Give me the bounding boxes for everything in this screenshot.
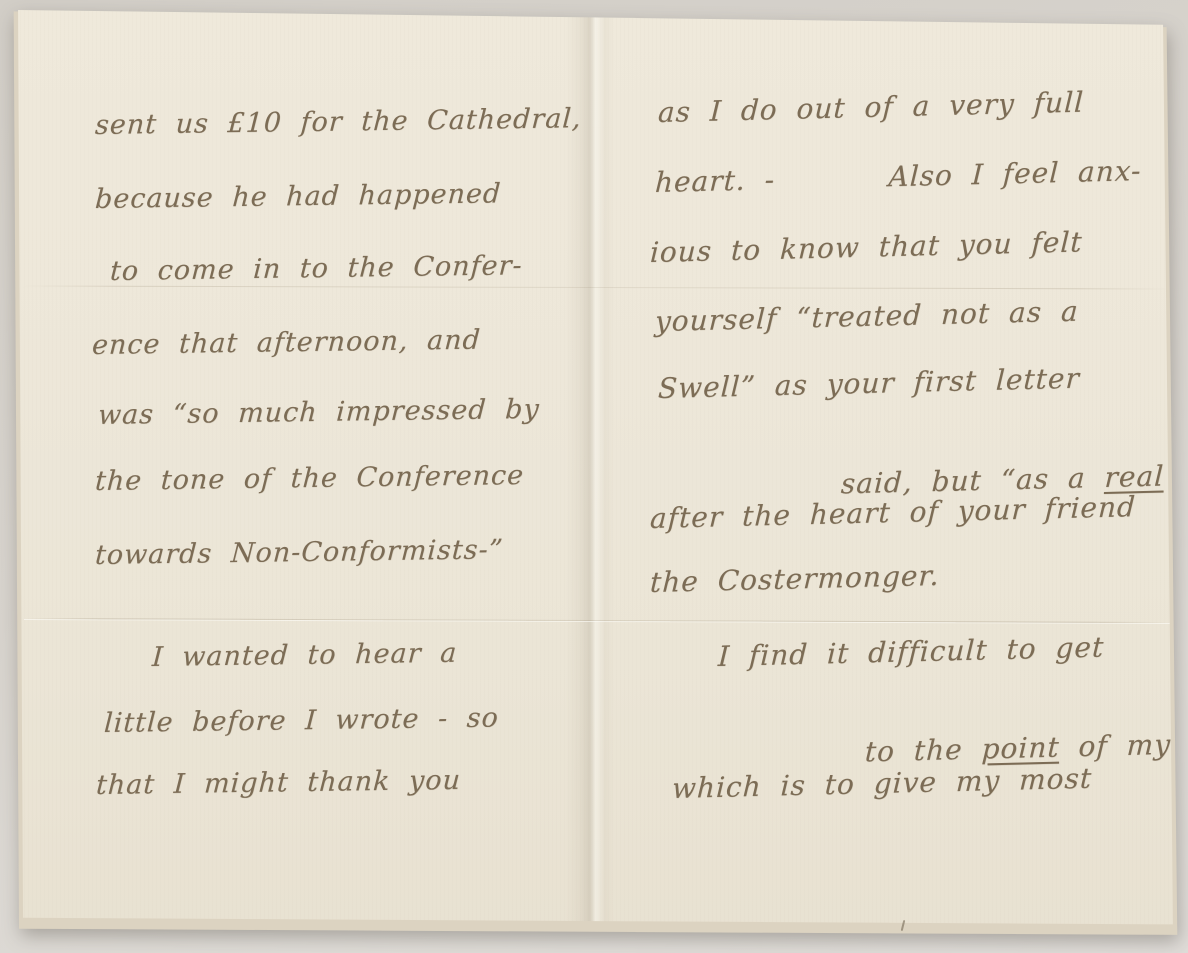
handwriting-line: I find it difficult to get [717,631,1105,674]
handwriting-line: ence that afternoon, and [91,325,482,363]
handwriting-line: yourself “treated not as a [654,295,1079,339]
handwriting-line: the Costermonger. [649,559,940,600]
handwriting-line: ious to know that you felt [649,225,1083,269]
handwriting-line: that I might thank you [95,765,462,803]
handwriting-line: the tone of the Conference [94,460,525,498]
handwriting-line: as I do out of a very full [657,86,1085,130]
handwriting-line: heart. - Also I feel anx- [654,154,1142,200]
handwriting-segment: to the [864,732,982,768]
paper-stack: sent us £10 for the Cathedral, because h… [0,0,1188,953]
handwriting-line: I wanted to hear a [151,638,458,675]
handwriting-line: little before I wrote - so [103,702,500,740]
handwriting-word-underlined: real [1104,459,1165,494]
handwriting-line: towards Non-Conformists-” [94,534,504,572]
handwriting-word-underlined: point [981,730,1061,765]
handwriting-segment: swell” [1163,456,1188,492]
handwriting-line: Swell” as your first letter [657,362,1080,406]
handwriting-segment: of my letter [1059,725,1188,763]
center-fold [566,0,614,953]
letter-photograph: sent us £10 for the Cathedral, because h… [0,0,1188,953]
letter-paper: sent us £10 for the Cathedral, because h… [0,0,1188,953]
handwriting-line: because he had happened [94,178,502,216]
handwriting-line: sent us £10 for the Cathedral, [94,103,582,142]
horizontal-crease-lower [24,618,1170,623]
handwriting-line: to come in to the Confer- [109,250,523,288]
handwriting-line: was “so much impressed by [97,394,541,433]
